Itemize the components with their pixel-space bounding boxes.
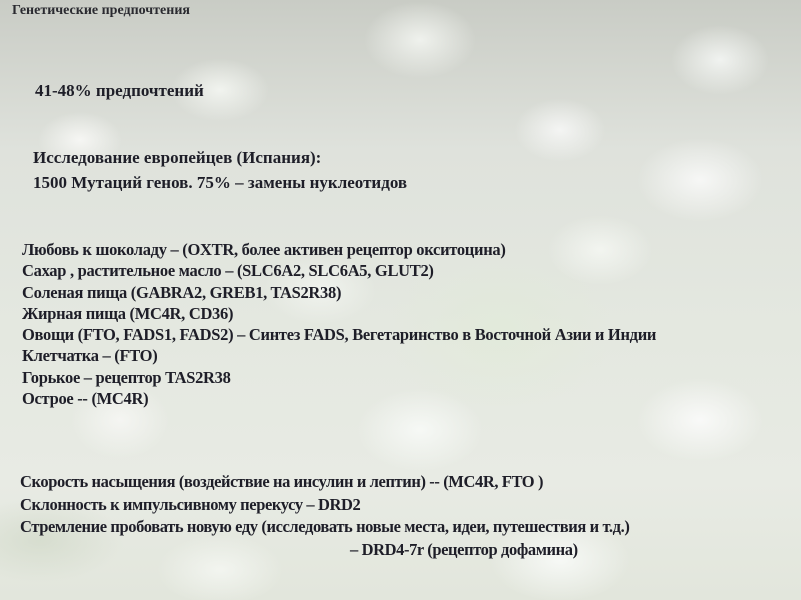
list-item: Стремление пробовать новую еду (исследов… [20,516,629,539]
list-item: Сахар , растительное масло – (SLC6A2, SL… [22,260,656,281]
list-item: Скорость насыщения (воздействие на инсул… [20,471,629,494]
study-detail: 1500 Мутаций генов. 75% – замены нуклеот… [33,173,407,193]
list-item: Любовь к шоколаду – (OXTR, более активен… [22,239,656,260]
list-item: – DRD4-7r (рецептор дофамина) [20,539,629,562]
food-preferences-list: Любовь к шоколаду – (OXTR, более активен… [22,239,656,409]
list-item: Соленая пища (GABRA2, GREB1, TAS2R38) [22,282,656,303]
list-item: Жирная пища (MC4R, CD36) [22,303,656,324]
presentation-slide: Генетические предпочтения 41-48% предпоч… [0,0,801,600]
list-item: Горькое – рецептор TAS2R38 [22,367,656,388]
behavior-list: Скорость насыщения (воздействие на инсул… [20,471,629,561]
study-heading: Исследование европейцев (Испания): [33,148,321,168]
slide-title: Генетические предпочтения [12,3,190,19]
list-item: Овощи (FTO, FADS1, FADS2) – Синтез FADS,… [22,324,656,345]
list-item: Склонность к импульсивному перекусу – DR… [20,494,629,517]
list-item: Клетчатка – (FTO) [22,345,656,366]
preference-share-text: 41-48% предпочтений [35,81,204,101]
list-item: Острое -- (MC4R) [22,388,656,409]
